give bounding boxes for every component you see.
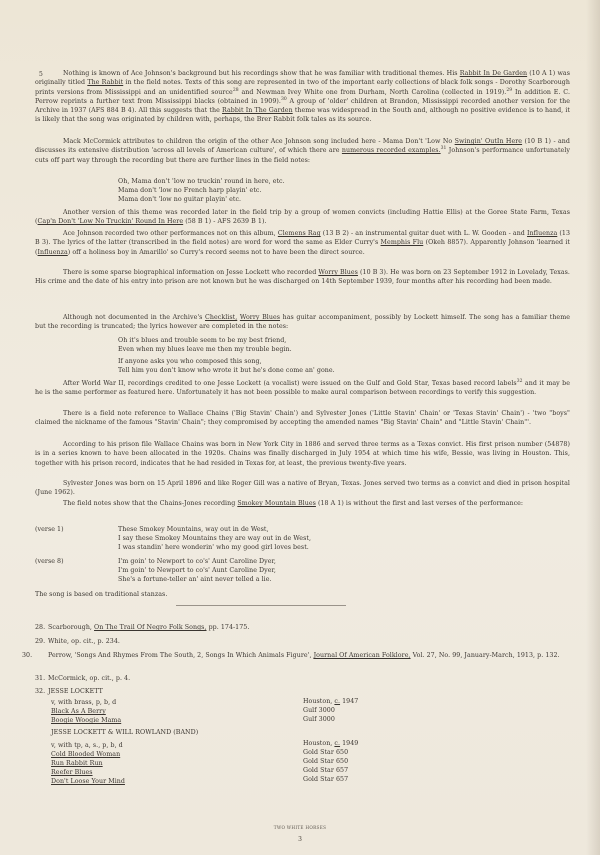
paragraph-jesse-lockett-bio: There is some sparse biographical inform…	[35, 268, 570, 287]
personnel: v, with brass, p, b, d	[51, 698, 116, 707]
footnote-separator	[176, 605, 346, 606]
paragraph-stavin-chain: There is a field note reference to Walla…	[35, 409, 570, 428]
record-title: Cold Blooded Woman	[51, 750, 120, 759]
song-title: The Rabbit	[87, 79, 123, 86]
song-title: Memphis Flu	[381, 239, 424, 246]
record-title: Boogie Woogie Mama	[51, 716, 121, 725]
paragraph-worry-blues: Although not documented in the Archive's…	[35, 313, 570, 332]
verse-label: (verse 1)	[35, 525, 64, 534]
lyric-line: I'm goin' to Newport to co's' Aunt Carol…	[118, 557, 276, 566]
record-title: Don't Loose Your Mind	[51, 777, 125, 786]
lyric-line: I was standin' here wonderin' who my goo…	[118, 543, 309, 552]
record-title: Black As A Berry	[51, 707, 106, 716]
verse-label: (verse 8)	[35, 557, 64, 566]
song-title: Cap'n Don't 'Low No Truckin' Round In He…	[38, 218, 184, 225]
recording-place-date: Houston, c. 1947	[303, 697, 358, 706]
song-title: Smokey Mountain Blues	[237, 500, 316, 507]
footnote-29: 29.White, op. cit., p. 234.	[35, 637, 565, 646]
paragraph-mama-dont-low: Mack McCormick attributes to children th…	[35, 137, 570, 165]
footer-page-number: 3	[0, 835, 600, 844]
record-title: Run Rabbit Run	[51, 759, 103, 768]
song-title: Worry Blues	[318, 269, 358, 276]
lyric-line: I say these Smokey Mountains they are wa…	[118, 534, 311, 543]
lyric-line: If anyone asks you who composed this son…	[118, 357, 262, 366]
record-label: Gold Star 650	[303, 757, 348, 766]
lyric-line: Oh, Mama don't 'low no truckin' round in…	[118, 177, 285, 186]
paragraph-traditional-stanzas: The song is based on traditional stanzas…	[35, 590, 570, 599]
lyric-line: Even when my blues leave me then my trou…	[118, 345, 292, 354]
record-label: Gulf 3000	[303, 715, 335, 724]
artist-name: JESSE LOCKETT	[48, 688, 103, 695]
paragraph-sylvester-jones: Sylvester Jones was born on 15 April 189…	[35, 479, 570, 498]
song-title: Swingin' OutIn Here	[455, 138, 522, 145]
footnote-28: 28.Scarborough, On The Trail Of Negro Fo…	[35, 623, 565, 632]
paragraph-goree-version: Another version of this theme was record…	[35, 208, 570, 227]
song-title: Influenza	[527, 230, 557, 237]
record-label: Gold Star 657	[303, 775, 348, 784]
paragraph-post-war-recordings: After World War II, recordings credited …	[35, 379, 570, 398]
paragraph-wallace-chains: According to his prison file Wallace Cha…	[35, 440, 570, 468]
paragraph-other-performances: Ace Johnson recorded two other performan…	[35, 229, 570, 257]
lyric-line: Mama don't 'low no guitar playin' etc.	[118, 195, 241, 204]
record-title: Reefer Blues	[51, 768, 93, 777]
recording-place-date: Houston, c. 1949	[303, 739, 358, 748]
footnote-30: 30.Perrow, 'Songs And Rhymes From The So…	[35, 651, 565, 660]
footnote-32-discography: 32.JESSE LOCKETT	[35, 687, 565, 696]
song-title: Rabbit In The Garden	[222, 107, 293, 114]
artist-name: JESSE LOCKETT & WILL ROWLAND (BAND)	[51, 728, 198, 737]
song-title: Clemens Rag	[278, 230, 321, 237]
record-label: Gulf 3000	[303, 706, 335, 715]
footnote-31: 31.McCormick, op. cit., p. 4.	[35, 674, 565, 683]
record-label: Gold Star 650	[303, 748, 348, 757]
song-title: numerous recorded examples.	[342, 147, 441, 154]
record-label: Gold Star 657	[303, 766, 348, 775]
paragraph-smokey-mountain: The field notes show that the Chains-Jon…	[35, 499, 570, 508]
personnel: v, with tp, a, s., p, b, d	[51, 741, 123, 750]
song-title: Influenza	[38, 249, 68, 256]
song-title: Rabbit In De Garden	[460, 70, 527, 77]
document-page: 5 Nothing is known of Ace Johnson's back…	[0, 0, 600, 855]
lyric-line: These Smokey Mountains, way out in de We…	[118, 525, 269, 534]
lyric-line: Mama don't 'low no French harp playin' e…	[118, 186, 262, 195]
lyric-line: Tell him you don't know who wrote it but…	[118, 366, 335, 375]
publication-title: Checklist,	[205, 314, 237, 321]
footer-album-title: TWO WHITE HORSES	[0, 823, 600, 832]
song-title: Worry Blues	[240, 314, 280, 321]
lyric-line: She's a fortune-teller an' aint never te…	[118, 575, 272, 584]
lyric-line: Oh it's blues and trouble seem to be my …	[118, 336, 286, 345]
paragraph-ace-johnson-rabbit: Nothing is known of Ace Johnson's backgr…	[35, 69, 570, 125]
lyric-line: I'm goin' to Newport to co's' Aunt Carol…	[118, 566, 276, 575]
page-edge-shadow	[586, 0, 600, 855]
